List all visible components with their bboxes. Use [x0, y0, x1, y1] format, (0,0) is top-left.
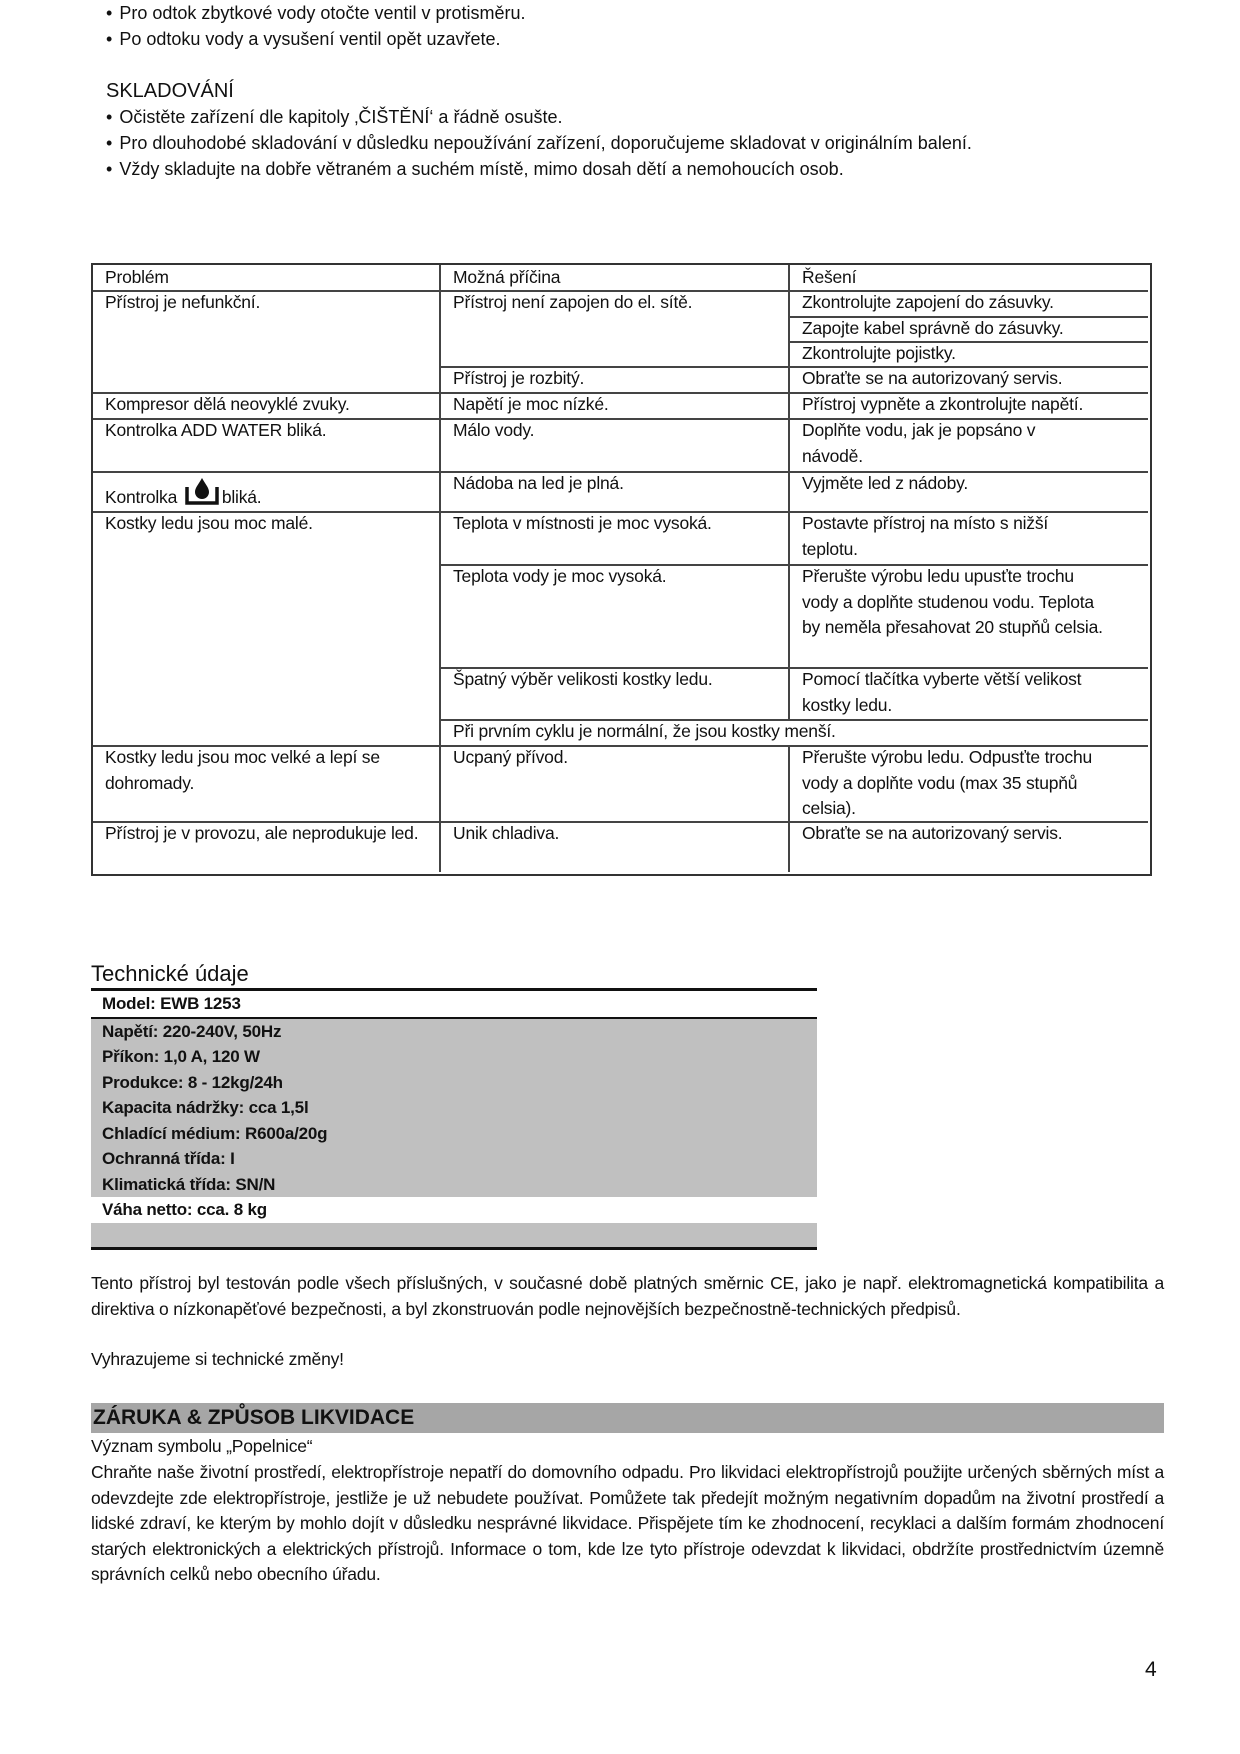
solution-cell: Přerušte výrobu ledu. Odpusťte trochu vo…: [790, 745, 1120, 822]
column-header-problem: Problém: [93, 265, 439, 291]
list-item: Pro odtok zbytkové vody otočte ventil v …: [106, 0, 526, 26]
list-item: Pro dlouhodobé skladování v důsledku nep…: [106, 130, 972, 156]
tech-specs-table: Model: EWB 1253 Napětí: 220-240V, 50Hz P…: [91, 991, 817, 1250]
cause-cell: Málo vody.: [441, 418, 787, 444]
problem-cell: Kostky ledu jsou moc malé.: [93, 511, 439, 537]
warranty-section-bar: ZÁRUKA & ZPŮSOB LIKVIDACE: [91, 1403, 1164, 1433]
list-item: Po odtoku vody a vysušení ventil opět uz…: [106, 26, 526, 52]
cause-cell: Teplota vody je moc vysoká.: [441, 564, 787, 590]
cause-cell: Ucpaný přívod.: [441, 745, 787, 771]
problem-cell: Kompresor dělá neovyklé zvuky.: [93, 392, 439, 418]
problem-cell: Kontrolka ADD WATER bliká.: [93, 418, 439, 444]
compliance-note: Vyhrazujeme si technické změny!: [91, 1347, 1164, 1373]
solution-cell: Přístroj vypněte a zkontrolujte napětí.: [790, 392, 1148, 418]
problem-label: bliká.: [222, 487, 262, 507]
spec-model: Model: EWB 1253: [91, 991, 817, 1017]
solution-cell: Vyjměte led z nádoby.: [790, 471, 1148, 497]
solution-cell: Obraťte se na autorizovaný servis.: [790, 366, 1148, 392]
column-header-cause: Možná příčina: [441, 265, 787, 291]
compliance-text: Tento přístroj byl testován podle všech …: [91, 1271, 1164, 1322]
cause-cell: Přístroj je rozbitý.: [441, 366, 787, 392]
solution-cell: Obraťte se na autorizovaný servis.: [790, 821, 1148, 847]
problem-cell: Přístroj je v provozu, ale neprodukuje l…: [93, 821, 439, 847]
drain-instructions-list: Pro odtok zbytkové vody otočte ventil v …: [106, 0, 526, 52]
warranty-heading: ZÁRUKA & ZPŮSOB LIKVIDACE: [91, 1406, 414, 1429]
spec-climate-class: Klimatická třída: SN/N: [91, 1172, 817, 1198]
solution-cell: Zkontrolujte zapojení do zásuvky.: [790, 290, 1148, 316]
solution-cell: Zapojte kabel správně do zásuvky.: [790, 316, 1148, 342]
troubleshooting-table: Problém Možná příčina Řešení Přístroj je…: [91, 263, 1152, 876]
spec-weight: Váha netto: cca. 8 kg: [91, 1197, 817, 1223]
spec-production: Produkce: 8 - 12kg/24h: [91, 1070, 817, 1096]
warranty-text: Chraňte naše životní prostředí, elektrop…: [91, 1460, 1164, 1588]
cause-cell: Napětí je moc nízké.: [441, 392, 787, 418]
cause-cell: Teplota v místnosti je moc vysoká.: [441, 511, 787, 537]
list-item: Očistěte zařízení dle kapitoly ‚ČIŠTĚNÍ‘…: [106, 104, 972, 130]
solution-cell: Doplňte vodu, jak je popsáno v návodě.: [790, 418, 1110, 469]
page-number: 4: [1145, 1658, 1157, 1682]
problem-cell: Přístroj je nefunkční.: [93, 290, 439, 316]
cause-cell: Unik chladiva.: [441, 821, 787, 847]
problem-cell: Kostky ledu jsou moc velké a lepí se doh…: [93, 745, 433, 796]
spec-tank-capacity: Kapacita nádržky: cca 1,5l: [91, 1095, 817, 1121]
solution-cell: Pomocí tlačítka vyberte větší velikost k…: [790, 667, 1130, 718]
cause-note-cell: Při prvním cyklu je normální, že jsou ko…: [441, 719, 1141, 745]
solution-cell: Postavte přístroj na místo s nižší teplo…: [790, 511, 1090, 562]
cause-cell: Nádoba na led je plná.: [441, 471, 787, 497]
problem-cell-ice-full: Kontrolka bliká.: [93, 477, 439, 515]
list-item: Vždy skladujte na dobře větraném a suché…: [106, 156, 972, 182]
cause-cell: Špatný výběr velikosti kostky ledu.: [441, 667, 787, 693]
solution-cell: Zkontrolujte pojistky.: [790, 341, 1148, 367]
problem-label: Kontrolka: [105, 487, 177, 507]
column-header-solution: Řešení: [790, 265, 1148, 291]
storage-list: Očistěte zařízení dle kapitoly ‚ČIŠTĚNÍ‘…: [106, 104, 972, 182]
ice-bin-drop-icon: [184, 477, 220, 515]
spec-voltage: Napětí: 220-240V, 50Hz: [91, 1019, 817, 1045]
spec-refrigerant: Chladící médium: R600a/20g: [91, 1121, 817, 1147]
cause-cell: Přístroj není zapojen do el. sítě.: [441, 290, 787, 316]
tech-specs-title: Technické údaje: [91, 960, 249, 988]
spec-protection-class: Ochranná třída: I: [91, 1146, 817, 1172]
warranty-subtitle: Význam symbolu „Popelnice“: [91, 1434, 1164, 1460]
spec-power: Příkon: 1,0 A, 120 W: [91, 1044, 817, 1070]
storage-heading: SKLADOVÁNÍ: [106, 78, 234, 104]
solution-cell: Přerušte výrobu ledu upusťte trochu vody…: [790, 564, 1120, 641]
